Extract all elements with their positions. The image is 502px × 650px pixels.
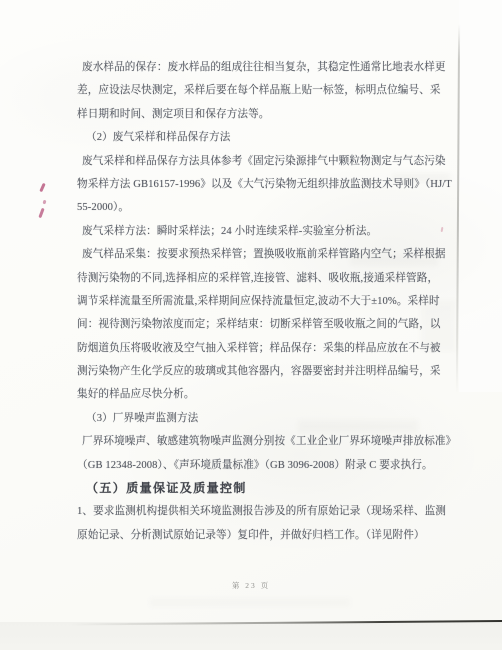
document-text-line: 差，应设法尽快测定，采样后要在每个样品瓶上贴一标签，标明点位编号、采 xyxy=(77,79,453,102)
page-number: 第 23 页 xyxy=(0,580,502,591)
document-text-line: 测污染物产生化学反应的玻璃或其他容器内，容器要密封并注明样品编号，采 xyxy=(77,360,453,383)
document-text-line: 原始记录、分析测试原始记录等）复印件，并做好归档工作。（详见附件） xyxy=(77,524,453,547)
scanner-background-bottom xyxy=(0,622,502,650)
section-heading-boundary-noise: （3）厂界噪声监测方法 xyxy=(77,407,453,430)
document-text-line: 1、要求监测机构提供相关环境监测报告涉及的所有原始记录（现场采样、监测 xyxy=(77,500,453,523)
scanner-background-right xyxy=(459,0,502,392)
document-text-line: 废水样品的保存：废水样品的组成往往相当复杂，其稳定性通常比地表水样更 xyxy=(77,56,453,79)
document-text-line: 样日期和时间、测定项目和保存方法等。 xyxy=(77,103,453,126)
document-text-line: 厂界环境噪声、敏感建筑物噪声监测分别按《工业企业厂界环境噪声排放标准》 xyxy=(77,430,453,453)
document-text-line: 55-2000）。 xyxy=(77,196,453,219)
document-text-line: 集好的样品应尽快分析。 xyxy=(77,383,453,406)
scan-bleedthrough-smudge xyxy=(150,598,350,607)
document-text-line: 调节采样流量至所需流量,采样期间应保持流量恒定,波动不大于±10%。采样时 xyxy=(77,290,453,313)
document-text-line: 间：视待测污染物浓度而定；采样结束：切断采样管至吸收瓶之间的气路，以 xyxy=(77,313,453,336)
document-text-line: 废气采样和样品保存方法具体参考《固定污染源排气中颗粒物测定与气态污染 xyxy=(77,150,453,173)
document-text-block: 废水样品的保存：废水样品的组成往往相当复杂，其稳定性通常比地表水样更 差，应设法… xyxy=(77,56,453,547)
document-text-line: 废气样品采集：按要求预热采样管；置换吸收瓶前采样管路内空气；采样根据 xyxy=(77,243,453,266)
scanned-document-page: 废水样品的保存：废水样品的组成往往相当复杂，其稳定性通常比地表水样更 差，应设法… xyxy=(0,0,502,650)
document-text-line: （GB 12348-2008）、《声环境质量标准》（GB 3096-2008）附… xyxy=(77,454,453,477)
section-heading-waste-gas-sampling: （2）废气采样和样品保存方法 xyxy=(77,126,453,149)
document-text-line: 废气采样方法：瞬时采样法；24 小时连续采样-实验室分析法。 xyxy=(77,220,453,243)
chapter-heading-quality-assurance: （五）质量保证及质量控制 xyxy=(77,477,453,500)
document-text-line: 防烟道负压将吸收液及空气抽入采样管；样品保存：采集的样品应放在不与被 xyxy=(77,337,453,360)
document-text-line: 待测污染物的不同,选择相应的采样管,连接管、滤料、吸收瓶,接通采样管路， xyxy=(77,267,453,290)
document-text-line: 物采样方法 GB16157-1996》以及《大气污染物无组织排放监测技术导则》（… xyxy=(77,173,453,196)
